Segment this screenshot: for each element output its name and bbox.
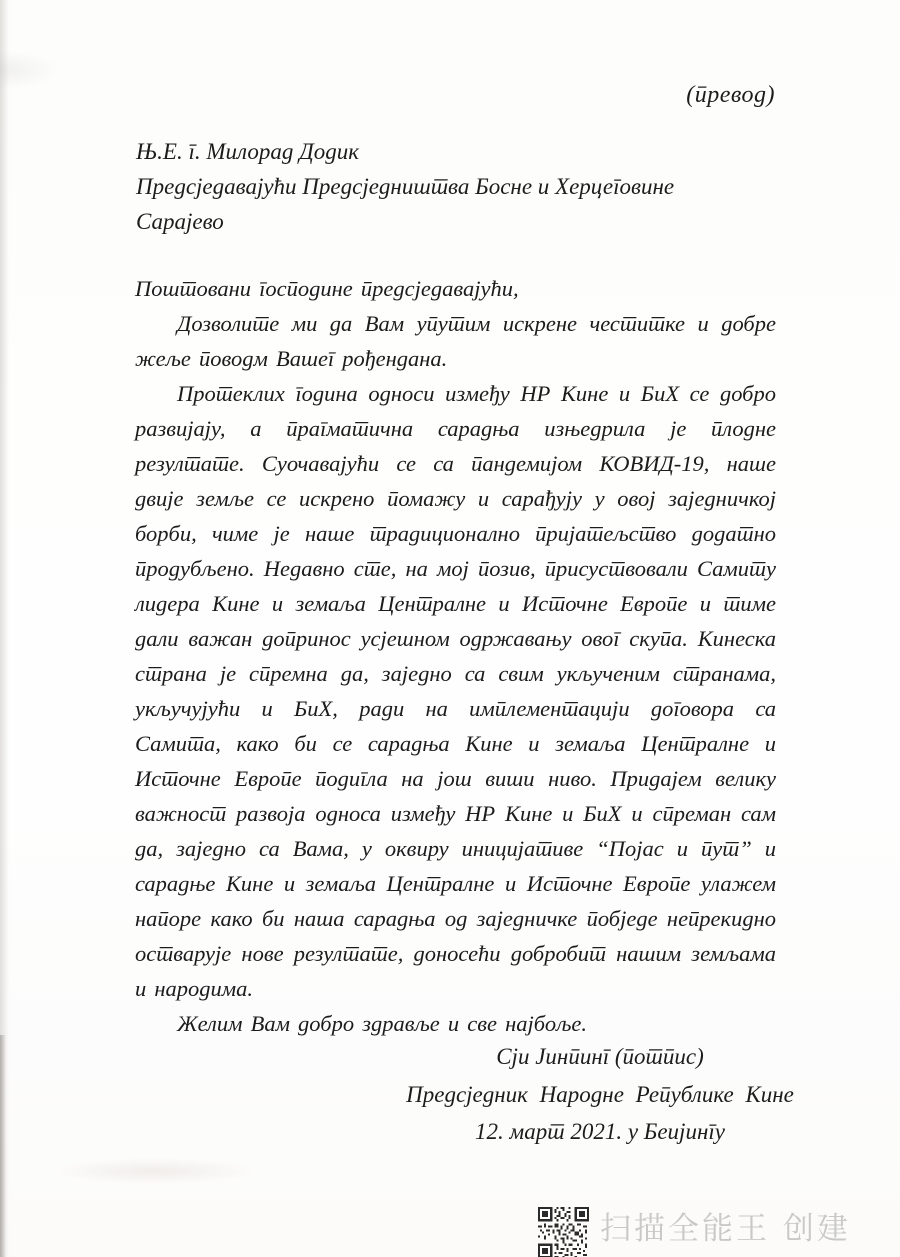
scanned-letter-page: (превод) Њ.Е. г. Милорад Додик Предсједа… [0,0,900,1257]
qr-code-icon [538,1207,589,1257]
translation-note: (превод) [135,82,775,109]
recipient-address-block: Њ.Е. г. Милорад Додик Предсједавајући Пр… [136,134,796,239]
scan-edge-shadow [0,0,9,1257]
signature-name: Сји Јинпинг (потпис) [385,1038,815,1076]
recipient-title: Предсједавајући Предсједништва Босне и Х… [136,169,796,204]
recipient-name: Њ.Е. г. Милорад Додик [136,134,796,169]
scan-edge-smudge [0,1035,6,1257]
signature-title: Предсједник Народне Републике Кине [385,1076,815,1114]
scanner-watermark-text: 扫描全能王 创建 [600,1207,851,1251]
paragraph-greeting: Дозволите ми да Вам упутим искрене чести… [135,306,776,376]
paragraph-closing: Желим Вам добро здравље и све најбоље. [135,1006,776,1041]
scanner-watermark: 扫描全能王 创建 [538,1207,851,1257]
scan-smudge [0,50,60,90]
scan-smudge [55,1158,255,1184]
letter-body: Поштовани господине предсједавајући, Доз… [135,271,776,1041]
paragraph-main: Протеклих година односи између НР Кине и… [135,376,776,1006]
salutation: Поштовани господине предсједавајући, [135,271,776,306]
signature-block: Сји Јинпинг (потпис) Предсједник Народне… [385,1038,815,1151]
recipient-city: Сарајево [136,204,796,239]
signature-date: 12. март 2021. у Беијингу [385,1113,815,1151]
